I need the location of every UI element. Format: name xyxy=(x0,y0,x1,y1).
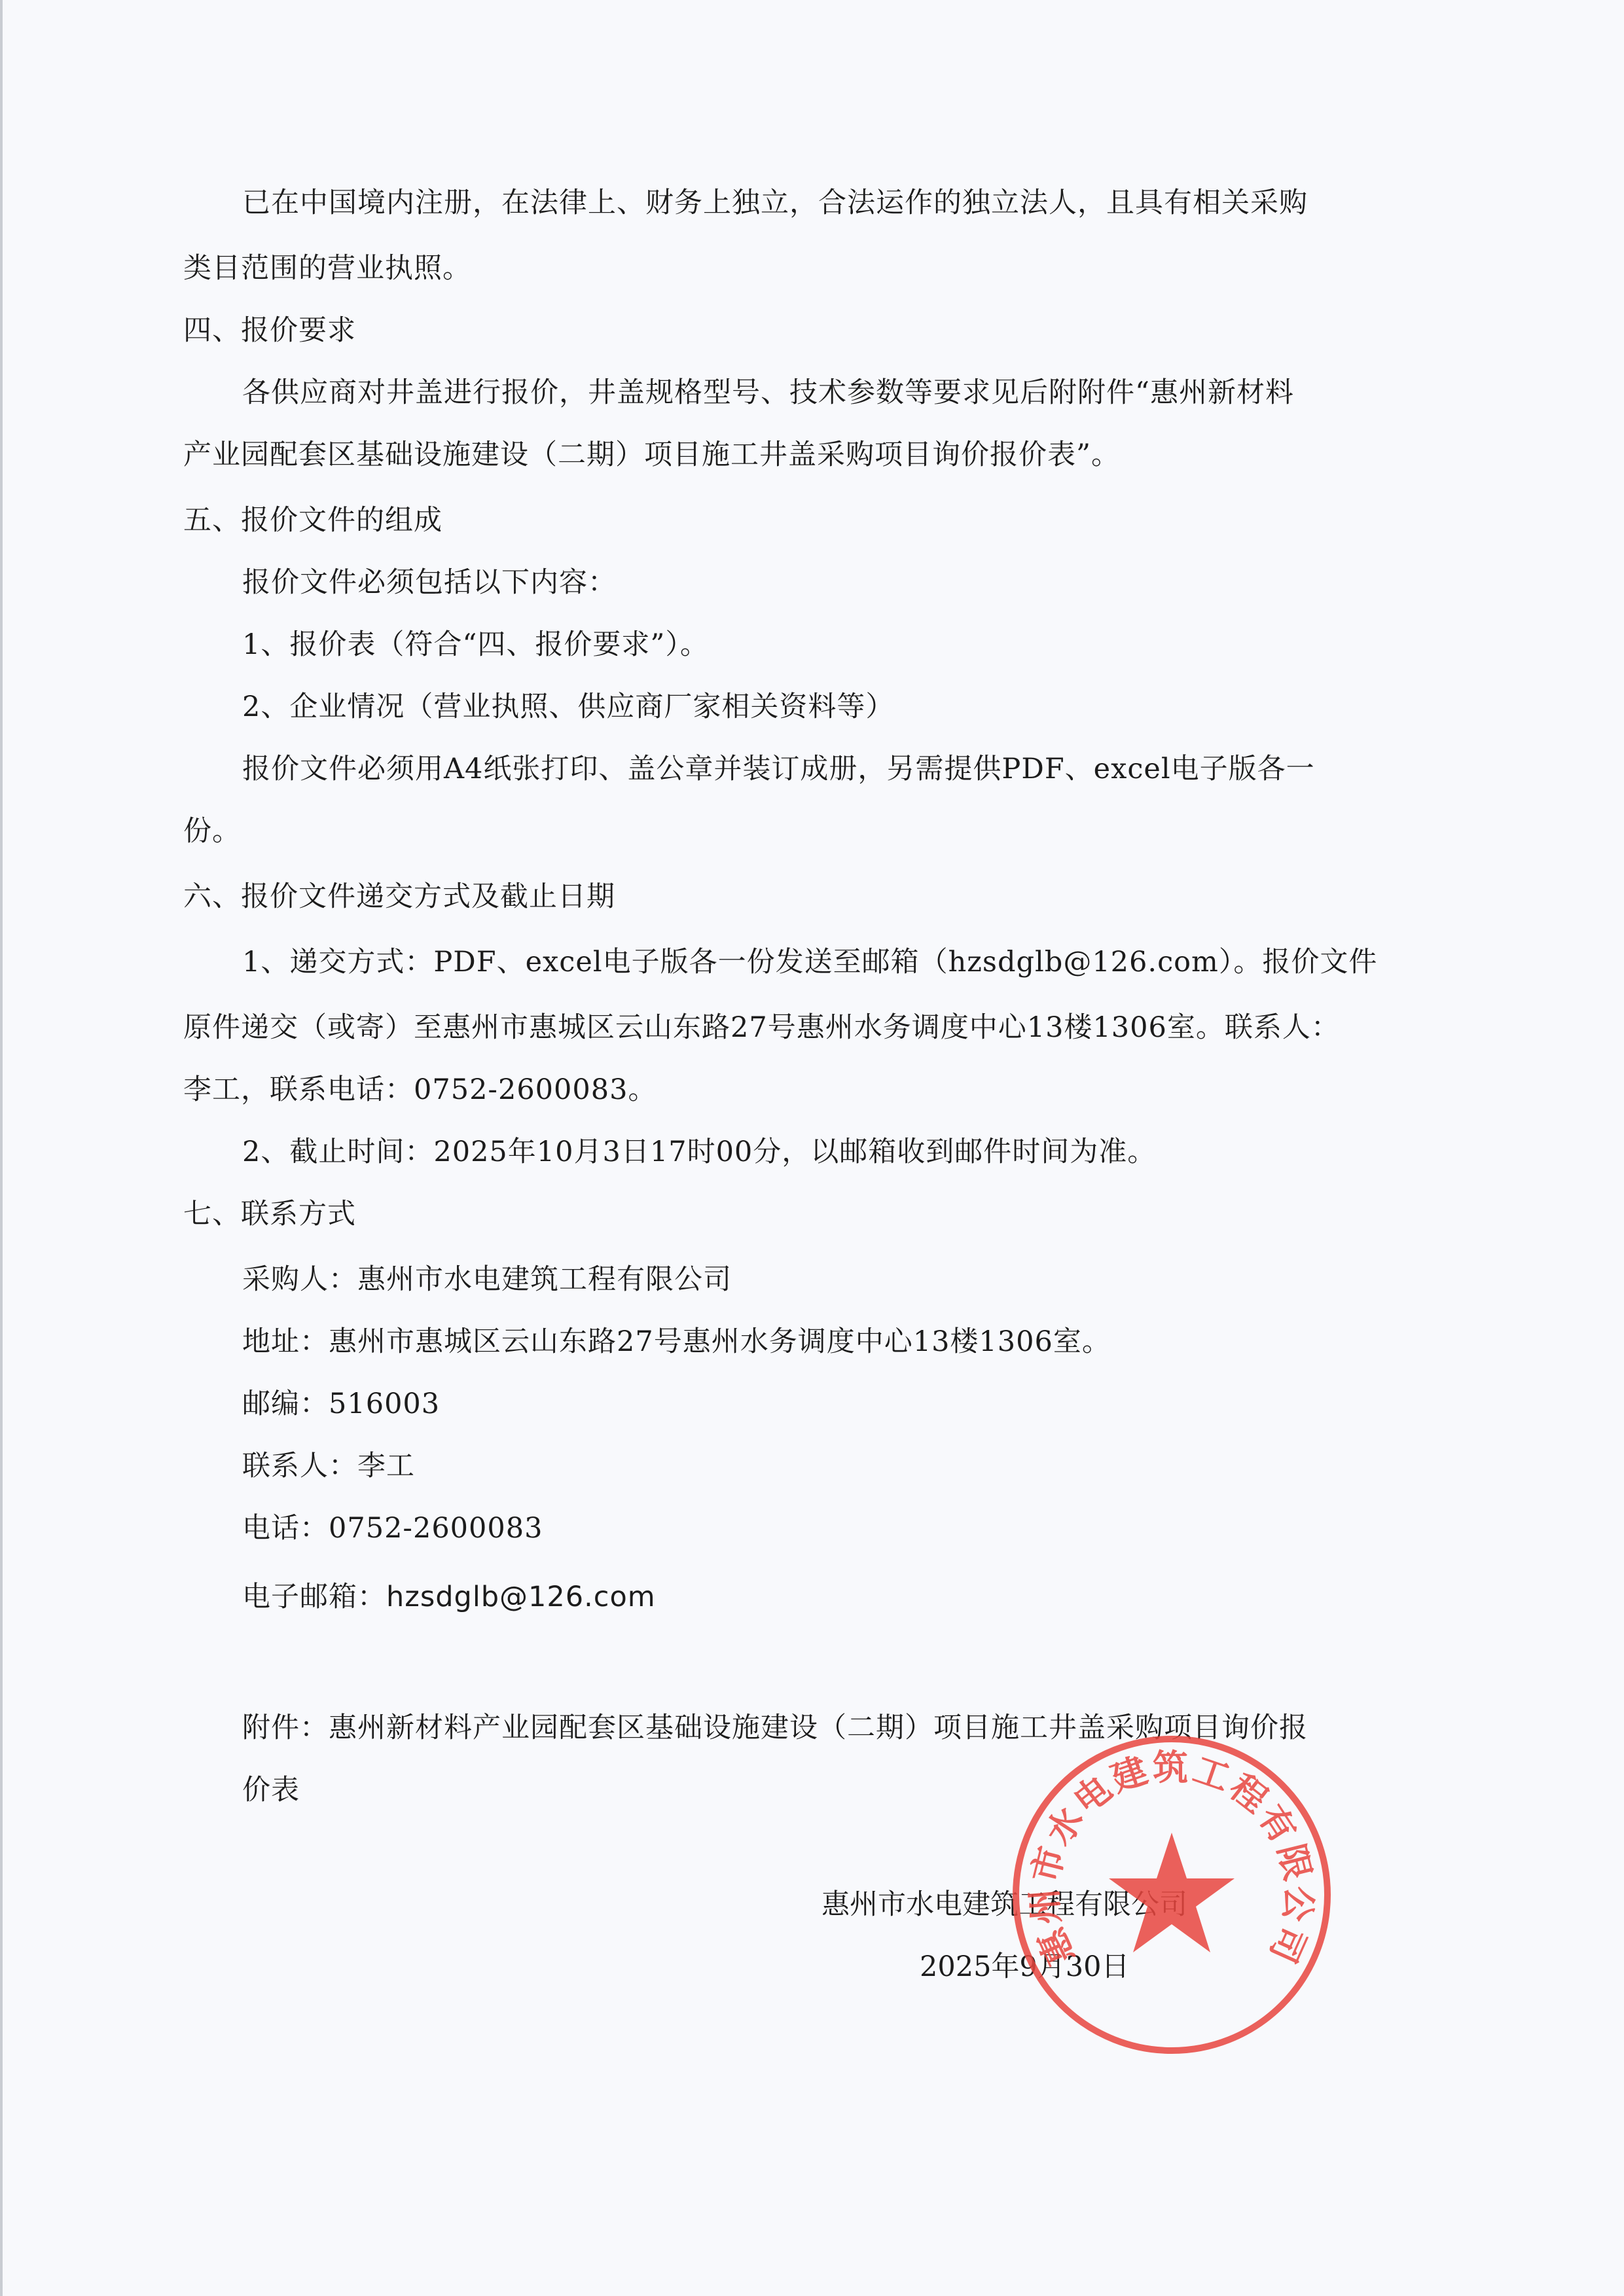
qualification-paragraph-line1: 已在中国境内注册，在法律上、财务上独立，合法运作的独立法人，且具有相关采购 xyxy=(242,183,1308,223)
contact-phone: 电话：0752-2600083 xyxy=(242,1509,543,1548)
signature-date: 2025年9月30日 xyxy=(920,1947,1130,1986)
section-4-paragraph-line2: 产业园配套区基础设施建设（二期）项目施工井盖采购项目询价报价表”。 xyxy=(183,435,1120,475)
section-4-heading: 四、报价要求 xyxy=(183,311,356,350)
address-label: 地址： xyxy=(242,1325,329,1358)
section-6-item-1-line2: 原件递交（或寄）至惠州市惠城区云山东路27号惠州水务调度中心13楼1306室。联… xyxy=(183,1008,1340,1047)
purchaser-value: 惠州市水电建筑工程有限公司 xyxy=(357,1263,732,1296)
section-5-item-2: 2、企业情况（营业执照、供应商厂家相关资料等） xyxy=(242,687,894,726)
section-6-heading: 六、报价文件递交方式及截止日期 xyxy=(183,877,615,916)
phone-label: 电话： xyxy=(242,1512,329,1545)
qualification-paragraph-line2: 类目范围的营业执照。 xyxy=(183,249,471,288)
section-6-item-2: 2、截止时间：2025年10月3日17时00分，以邮箱收到邮件时间为准。 xyxy=(242,1132,1156,1172)
contact-postcode: 邮编：516003 xyxy=(242,1384,440,1424)
section-6-item-1-line3: 李工，联系电话：0752-2600083。 xyxy=(183,1070,657,1109)
section-5-intro: 报价文件必须包括以下内容： xyxy=(242,563,617,602)
section-7-heading: 七、联系方式 xyxy=(183,1194,356,1234)
postcode-label: 邮编： xyxy=(242,1388,329,1420)
section-5-note-line2: 份。 xyxy=(183,812,241,851)
attachment-line2: 价表 xyxy=(242,1770,300,1810)
person-label: 联系人： xyxy=(242,1450,357,1482)
section-5-note-line1: 报价文件必须用A4纸张打印、盖公章并装订成册，另需提供PDF、excel电子版各… xyxy=(242,749,1315,789)
purchaser-label: 采购人： xyxy=(242,1263,357,1296)
email-value[interactable]: hzsdglb@126.com xyxy=(386,1581,656,1613)
phone-value: 0752-2600083 xyxy=(329,1512,543,1545)
contact-purchaser: 采购人：惠州市水电建筑工程有限公司 xyxy=(242,1260,732,1299)
person-value: 李工 xyxy=(357,1450,415,1482)
postcode-value: 516003 xyxy=(329,1388,440,1420)
contact-address: 地址：惠州市惠城区云山东路27号惠州水务调度中心13楼1306室。 xyxy=(242,1322,1111,1361)
attachment-line1: 附件：惠州新材料产业园配套区基础设施建设（二期）项目施工井盖采购项目询价报 xyxy=(242,1708,1308,1748)
email-label: 电子邮箱： xyxy=(242,1581,386,1613)
svg-text:惠州市水电建筑工程有限公司: 惠州市水电建筑工程有限公司 xyxy=(1023,1747,1320,1971)
section-4-paragraph-line1: 各供应商对井盖进行报价，井盖规格型号、技术参数等要求见后附附件“惠州新材料 xyxy=(242,373,1294,412)
section-6-item-1-line1: 1、递交方式：PDF、excel电子版各一份发送至邮箱（hzsdglb@126.… xyxy=(242,942,1377,982)
section-5-item-1: 1、报价表（符合“四、报价要求”）。 xyxy=(242,625,709,664)
address-value: 惠州市惠城区云山东路27号惠州水务调度中心13楼1306室。 xyxy=(329,1325,1111,1358)
scan-edge xyxy=(0,0,3,2296)
section-5-heading: 五、报价文件的组成 xyxy=(183,501,442,540)
contact-email: 电子邮箱：hzsdglb@126.com xyxy=(242,1577,656,1617)
signature-company: 惠州市水电建筑工程有限公司 xyxy=(821,1885,1187,1924)
contact-person: 联系人：李工 xyxy=(242,1446,415,1486)
